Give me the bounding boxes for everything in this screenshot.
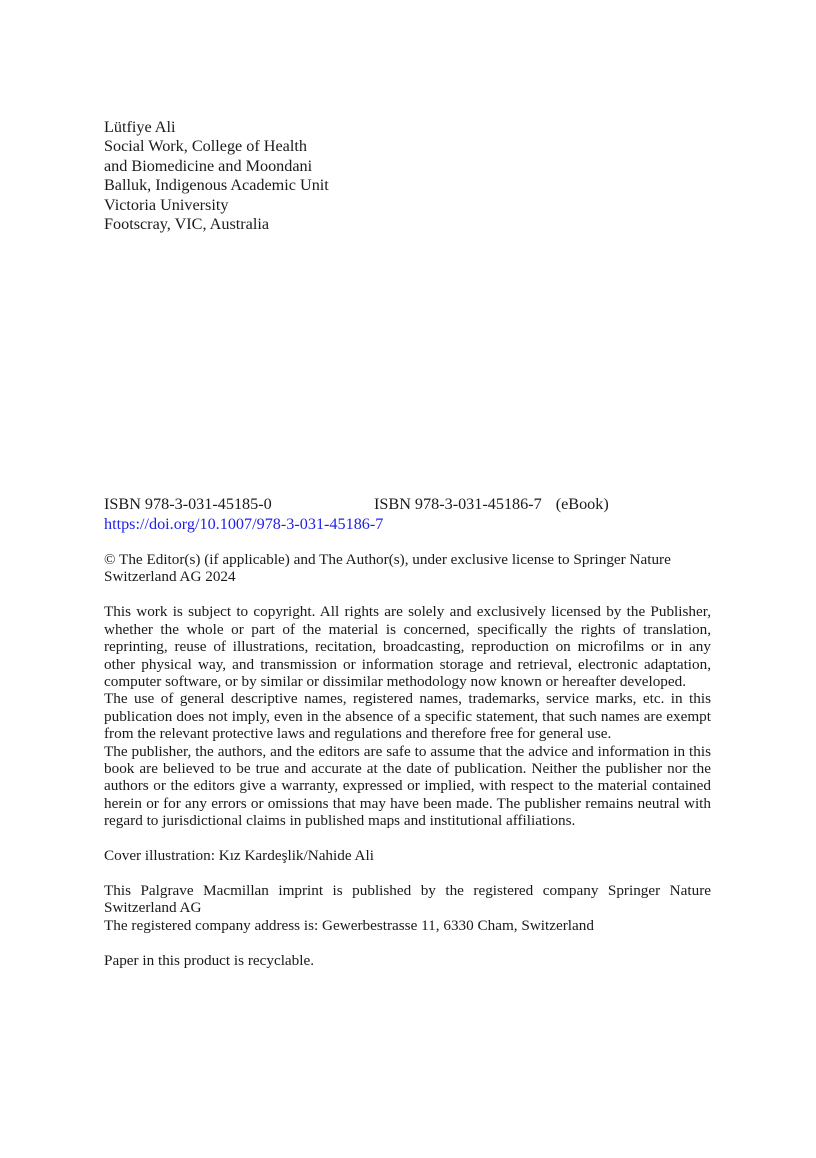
legal-paragraph-rights: This work is subject to copyright. All r… (104, 603, 711, 690)
isbn-block: ISBN 978-3-031-45185-0ISBN 978-3-031-451… (104, 495, 724, 534)
affiliation-line: Footscray, VIC, Australia (104, 215, 504, 234)
isbn-ebook: ISBN 978-3-031-45186-7 (374, 495, 542, 515)
legal-paragraph-trademarks: The use of general descriptive names, re… (104, 690, 711, 742)
imprint-statement: This Palgrave Macmillan imprint is publi… (104, 882, 711, 917)
isbn-print: ISBN 978-3-031-45185-0 (104, 495, 374, 515)
company-address: The registered company address is: Gewer… (104, 917, 711, 934)
author-affiliation: Lütfiye Ali Social Work, College of Heal… (104, 118, 504, 234)
affiliation-line: and Biomedicine and Moondani (104, 157, 504, 176)
doi-link[interactable]: https://doi.org/10.1007/978-3-031-45186-… (104, 515, 383, 533)
legal-notice: © The Editor(s) (if applicable) and The … (104, 551, 711, 969)
copyright-notice: © The Editor(s) (if applicable) and The … (104, 551, 711, 586)
isbn-ebook-tag: (eBook) (556, 495, 609, 513)
legal-paragraph-disclaimer: The publisher, the authors, and the edit… (104, 743, 711, 830)
affiliation-line: Balluk, Indigenous Academic Unit (104, 176, 504, 195)
author-name: Lütfiye Ali (104, 118, 504, 137)
isbn-row: ISBN 978-3-031-45185-0ISBN 978-3-031-451… (104, 495, 724, 515)
recycle-note: Paper in this product is recyclable. (104, 952, 711, 969)
affiliation-line: Victoria University (104, 196, 504, 215)
cover-illustration-credit: Cover illustration: Kız Kardeşlik/Nahide… (104, 847, 711, 864)
affiliation-line: Social Work, College of Health (104, 137, 504, 156)
